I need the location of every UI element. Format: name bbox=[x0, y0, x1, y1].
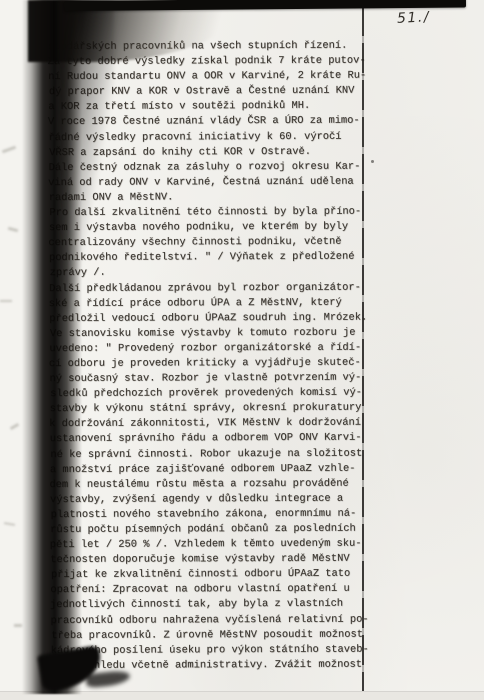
document-line: pěti let / 250 % /. Vzhledem k těmto uve… bbox=[50, 537, 376, 554]
document-line: ustanovení správního řádu a odborem VOP … bbox=[50, 431, 376, 448]
document-line: uvedeno: " Provedený rozbor organizátors… bbox=[49, 340, 375, 357]
margin-rule-line bbox=[362, 6, 364, 692]
scan-speck bbox=[371, 160, 374, 163]
scan-smudge bbox=[10, 423, 19, 430]
document-line: opatření: Zpracovat na odboru vlastní op… bbox=[50, 582, 376, 599]
document-line: pracovníků odboru nahražena vyčíslená re… bbox=[51, 612, 377, 629]
document-line: a množství práce zajišťované odborem UPa… bbox=[50, 461, 376, 478]
document-line: předložil vedoucí odboru ÚPAaZ soudruh i… bbox=[49, 310, 375, 327]
book-spine-shadow-fade bbox=[58, 0, 114, 310]
document-line: sledků předchozích prověrek provedených … bbox=[50, 386, 376, 403]
scan-smudge bbox=[0, 300, 12, 302]
document-line: ný současný stav. Rozbor je vlastně potv… bbox=[49, 371, 375, 388]
scanned-page: spodářských pracovníků na všech stupních… bbox=[0, 0, 484, 700]
scan-top-edge-bar bbox=[64, 0, 466, 11]
scan-smudge bbox=[4, 522, 15, 526]
document-line: jednotlivých činností tak, aby byla z vl… bbox=[50, 597, 376, 614]
scan-smudge bbox=[8, 227, 18, 232]
scan-smudge bbox=[2, 146, 16, 154]
scan-smudge bbox=[14, 624, 22, 627]
document-line: k dodržování zákonnitosti, VIK MěstNV k … bbox=[49, 416, 375, 433]
document-line: výstavby, zvýšení agendy v důsledku inte… bbox=[50, 491, 376, 508]
document-line: platnosti nového stavebního zákona, enor… bbox=[51, 506, 377, 523]
document-line: dem k neustálému růstu města a rozsahu p… bbox=[49, 476, 375, 493]
document-line: třeba pracovníků. Z úrovně MěstNV posoud… bbox=[51, 627, 377, 644]
document-line: né ke správní činnosti. Robor ukazuje na… bbox=[50, 446, 376, 463]
page-number: 51./ bbox=[397, 9, 431, 27]
document-line: přijat ke zkvalitnění činnosti odboru ÚP… bbox=[51, 567, 377, 584]
document-line: tečnosten doporučuje komise výstavby rad… bbox=[50, 552, 376, 569]
document-line: Ve stanovisku komise výstavby k tomuto r… bbox=[50, 325, 376, 342]
document-line: růstu počtu písemných podání občanů za p… bbox=[50, 522, 376, 539]
document-line: cí odboru je proveden kriticky a vyjádřu… bbox=[49, 356, 375, 373]
document-line: stavby k výkonu státní správy, okresní p… bbox=[50, 401, 376, 418]
